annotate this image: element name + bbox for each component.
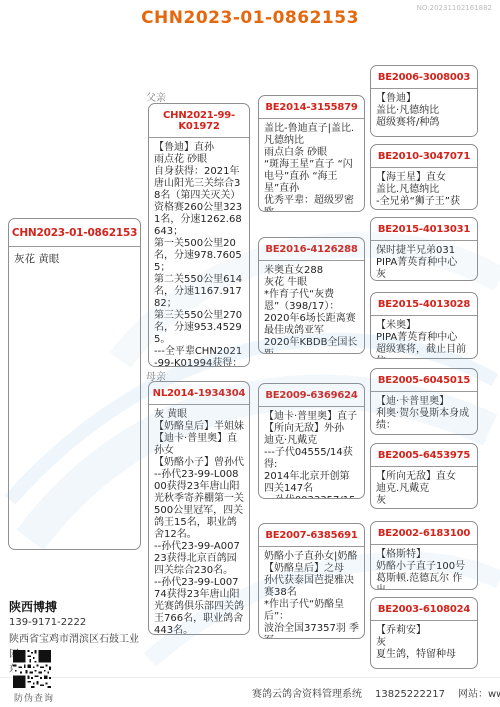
pedigree-box-g3-3: BE2015-4013031 保时捷半兄弟031 PIPA菁英育种中心 灰 [370,217,478,281]
pedigree-box-g3-5: BE2005-6045015 【迪·卡普里奥】 利奥·贺尔曼斯本身成绩： [370,368,478,435]
ring-number: BE2016-4126288 [259,238,364,261]
ring-number: BE2010-3047071 [371,145,477,168]
footer-website-label: 网站： [458,689,488,700]
ring-number: CHN2023-01-0862153 [9,219,140,247]
pedigree-box-mother-sire: BE2009-6369624 【迪卡·普里奥】直子 【所向无敌】外孙 迪克·凡戴… [258,383,365,499]
pedigree-certificate: NO:20231102161882 CHN2023-01-0862153 父亲 … [0,0,500,707]
pedigree-box-subject: CHN2023-01-0862153 灰花 黄眼 [8,218,141,550]
pigeon-info: 【鲁迪】直孙 雨点花 砂眼 自身获得：2021年唐山阳光三关综合38名（第四关灭… [149,138,249,367]
footer-phone: 13825222217 [375,689,445,700]
pigeon-info: 【格斯特】 奶酪小子直子100号 葛斯顿.范德瓦尔 作出 [371,545,477,590]
footer: 赛鸽云鸽舍资料管理系统13825222217网站：www.sgyun.com [252,685,500,700]
pedigree-box-g3-2: BE2010-3047071 【海王星】直女 盖比.凡德纳比 -全兄弟“狮子王”… [370,144,478,210]
ring-number: BE2005-6453975 [371,444,477,467]
pedigree-box-g3-6: BE2005-6453975 【所向无敌】直女 迪克.凡戴克 灰 [370,443,478,509]
footer-divider [0,677,500,678]
qr-code [13,650,51,688]
pigeon-info: 【迪·卡普里奥】 利奥·贺尔曼斯本身成绩： [371,392,477,435]
ring-number: BE2007-6385691 [259,524,364,547]
pedigree-box-mother: NL2014-1934304 灰 黄眼 【奶酪皇后】半姐妹 【迪卡·普里奥】直孙… [148,381,250,635]
pigeon-info: 奶酪小子直孙女|奶酪 【奶酪皇后】之母 孙代获泰国芭提雅决赛38名 *作出子代“… [259,547,364,639]
footer-system-name: 赛鸽云鸽舍资料管理系统 [252,689,362,700]
ring-number: BE2003-6108024 [371,598,477,621]
ring-number: BE2009-6369624 [259,384,364,407]
pedigree-box-g3-1: BE2006-3008003 【鲁迪】 盖比·凡德纳比 超级赛将/种鸽 [370,65,478,137]
pigeon-info: 【所向无敌】直女 迪克.凡戴克 灰 [371,467,477,509]
pedigree-box-g3-4: BE2015-4013028 【米奥】 PIPA菁英育种中心 超级赛将，截止目前… [370,292,478,359]
ring-number: BE2006-3008003 [371,66,477,89]
footer-website: www.sgyun.com [488,689,500,700]
page-title: CHN2023-01-0862153 [0,8,500,28]
pigeon-info: 【乔莉安】 灰 夏生鸽，特留种母 [371,621,477,665]
ring-number: CHN2021-99-K01972 [149,104,249,138]
ring-number: BE2005-6045015 [371,369,477,392]
pigeon-info: 米奥直女288 灰花 牛眼 *作育子代“灰费恩”（398/17）： 2020年6… [259,261,364,354]
ring-number: BE2015-4013028 [371,293,477,316]
pigeon-info: 灰 黄眼 【奶酪皇后】半姐妹 【迪卡·普里奥】直孙女 【奶酪小子】曾孙代 --孙… [149,405,249,635]
pigeon-info: 【鲁迪】 盖比·凡德纳比 超级赛将/种鸽 [371,89,477,133]
ring-number: BE2002-6183100 [371,522,477,545]
pedigree-box-mother-dam: BE2007-6385691 奶酪小子直孙女|奶酪 【奶酪皇后】之母 孙代获泰国… [258,523,365,639]
pedigree-box-g3-7: BE2002-6183100 【格斯特】 奶酪小子直子100号 葛斯顿.范德瓦尔… [370,521,478,590]
pedigree-box-g3-8: BE2003-6108024 【乔莉安】 灰 夏生鸽，特留种母 [370,597,478,669]
ring-number: BE2015-4013031 [371,218,477,241]
pigeon-info: 【迪卡·普里奥】直子 【所向无敌】外孙 迪克·凡戴克 ---子代04555/14… [259,407,364,499]
pedigree-box-father-dam: BE2016-4126288 米奥直女288 灰花 牛眼 *作育子代“灰费恩”（… [258,237,365,354]
loft-phone: 139-9171-2222 [9,617,139,628]
ring-number: NL2014-1934304 [149,382,249,405]
loft-name: 陕西博搏 [9,598,139,615]
pigeon-info: 保时捷半兄弟031 PIPA菁英育种中心 灰 [371,241,477,281]
pigeon-info: 盖比-鲁迪直子|盖比.凡德纳比 雨点白条 砂眼 “斑海王星”直子 “闪电号”直孙… [259,119,364,212]
ring-number: BE2014-3155879 [259,96,364,119]
pedigree-box-father-sire: BE2014-3155879 盖比-鲁迪直子|盖比.凡德纳比 雨点白条 砂眼 “… [258,95,365,212]
father-label: 父亲 [146,89,166,104]
pedigree-box-father: CHN2021-99-K01972 【鲁迪】直孙 雨点花 砂眼 自身获得：202… [148,103,250,367]
anti-fake-label: 防伪查询 [14,691,54,704]
pigeon-info: 【米奥】 PIPA菁英育种中心 超级赛将，截止目前位 [371,316,477,359]
pigeon-info: 【海王星】直女 盖比.凡德纳比 -全兄弟“狮子王”获 [371,168,477,210]
pigeon-info: 灰花 黄眼 [9,247,140,270]
